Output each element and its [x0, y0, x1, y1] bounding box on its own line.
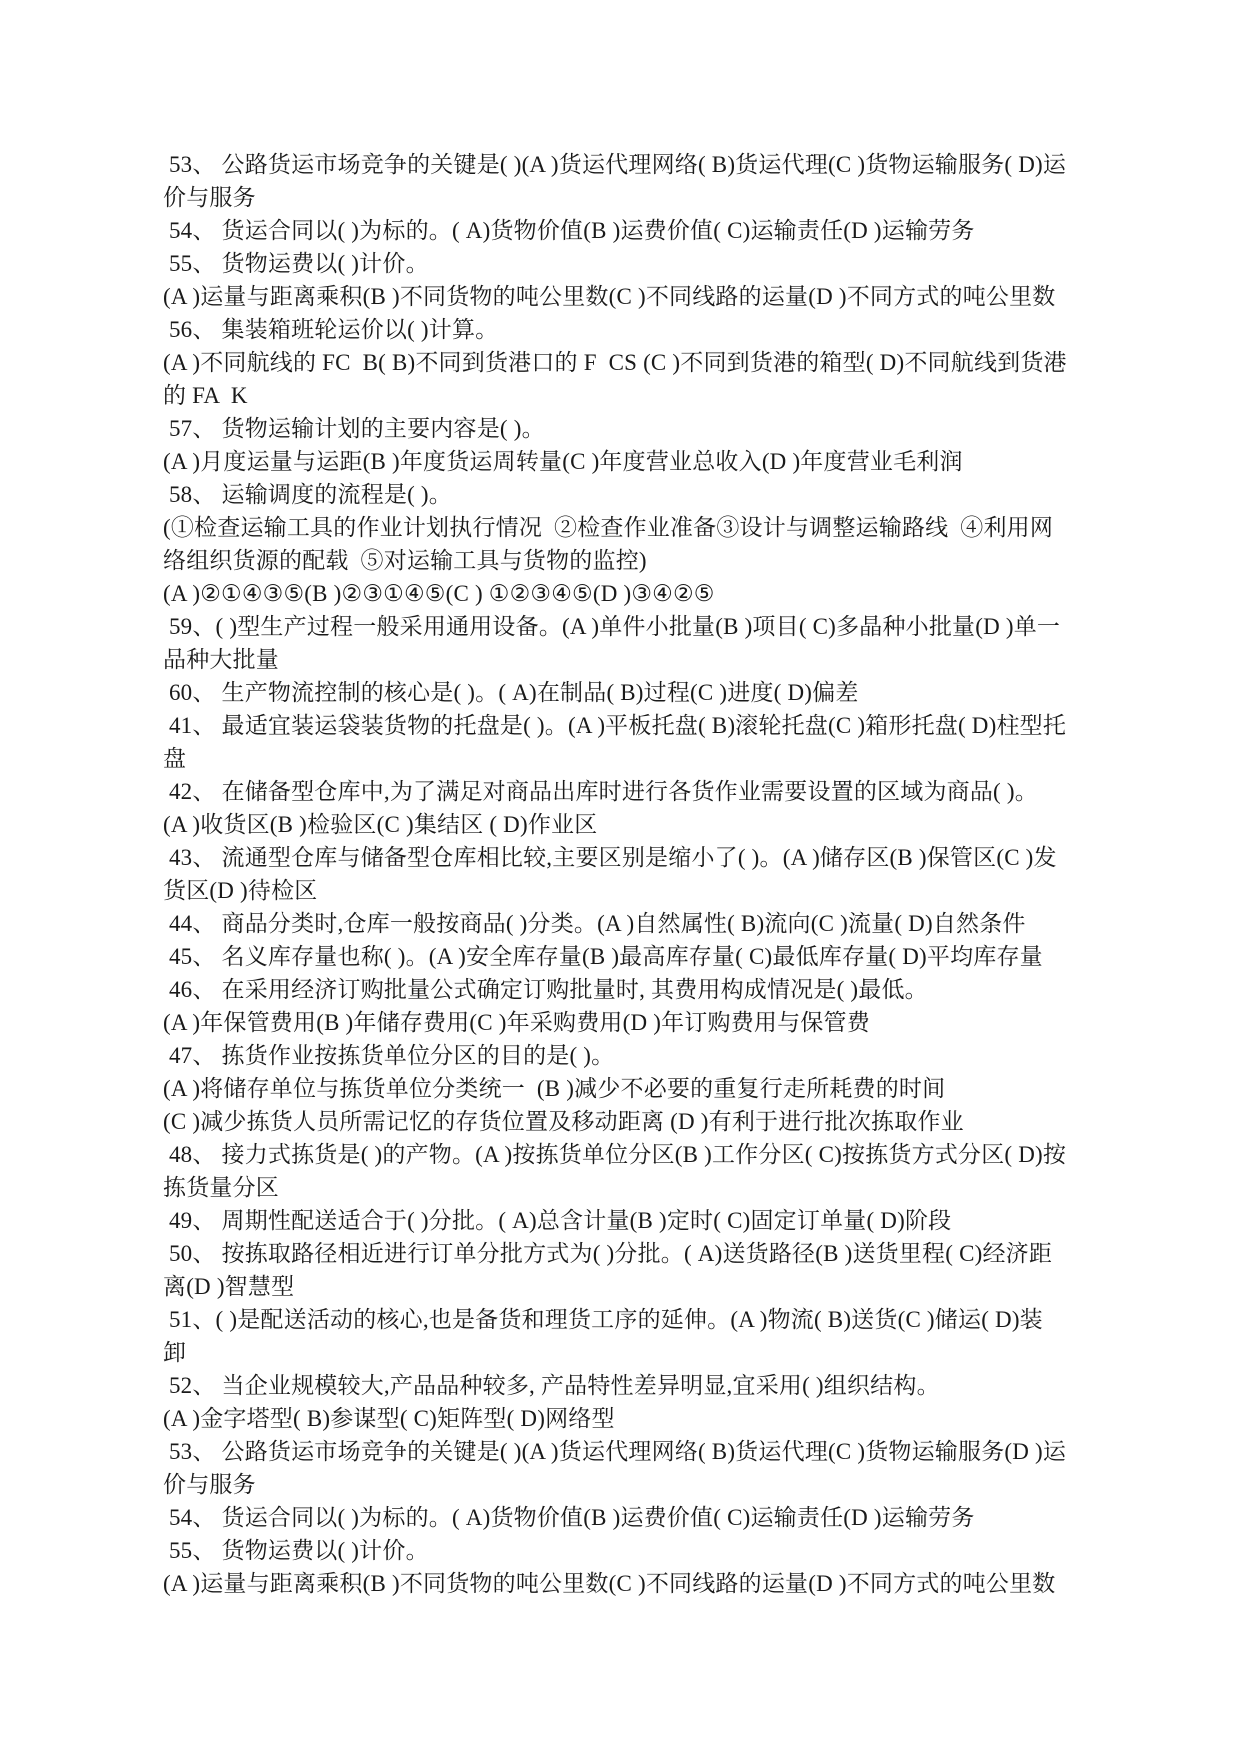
text-line: 58、 运输调度的流程是( )。 [163, 478, 1122, 511]
text-line: 44、 商品分类时,仓库一般按商品( )分类。(A )自然属性( B)流向(C … [163, 907, 1122, 940]
text-line: 50、 按拣取路径相近进行订单分批方式为( )分批。( A)送货路径(B )送货… [163, 1237, 1122, 1270]
text-line: 49、 周期性配送适合于( )分批。( A)总含计量(B )定时( C)固定订单… [163, 1204, 1122, 1237]
text-line: 盘 [163, 742, 1122, 775]
text-line: (A )月度运量与运距(B )年度货运周转量(C )年度营业总收入(D )年度营… [163, 445, 1122, 478]
text-line: (①检查运输工具的作业计划执行情况 ②检查作业准备③设计与调整运输路线 ④利用网 [163, 511, 1122, 544]
text-line: 56、 集装箱班轮运价以( )计算。 [163, 313, 1122, 346]
document-page: 53、 公路货运市场竞争的关键是( )(A )货运代理网络( B)货运代理(C … [0, 0, 1240, 1753]
text-line: (A )收货区(B )检验区(C )集结区 ( D)作业区 [163, 808, 1122, 841]
text-line: (A )不同航线的 FC B( B)不同到货港口的 F CS (C )不同到货港… [163, 346, 1122, 379]
text-line: 卸 [163, 1336, 1122, 1369]
text-line: (A )金字塔型( B)参谋型( C)矩阵型( D)网络型 [163, 1402, 1122, 1435]
text-line: 41、 最适宜装运袋装货物的托盘是( )。(A )平板托盘( B)滚轮托盘(C … [163, 709, 1122, 742]
text-line: 45、 名义库存量也称( )。(A )安全库存量(B )最高库存量( C)最低库… [163, 940, 1122, 973]
text-line: 离(D )智慧型 [163, 1270, 1122, 1303]
text-line: 55、 货物运费以( )计价。 [163, 1534, 1122, 1567]
text-line: 53、 公路货运市场竞争的关键是( )(A )货运代理网络( B)货运代理(C … [163, 148, 1122, 181]
question-list: 53、 公路货运市场竞争的关键是( )(A )货运代理网络( B)货运代理(C … [163, 148, 1122, 1600]
text-line: 59、( )型生产过程一般采用通用设备。(A )单件小批量(B )项目( C)多… [163, 610, 1122, 643]
text-line: 46、 在采用经济订购批量公式确定订购批量时, 其费用构成情况是( )最低。 [163, 973, 1122, 1006]
text-line: 60、 生产物流控制的核心是( )。( A)在制品( B)过程(C )进度( D… [163, 676, 1122, 709]
text-line: 络组织货源的配载 ⑤对运输工具与货物的监控) [163, 544, 1122, 577]
text-line: 价与服务 [163, 1468, 1122, 1501]
text-line: 53、 公路货运市场竞争的关键是( )(A )货运代理网络( B)货运代理(C … [163, 1435, 1122, 1468]
text-line: 的 FA K [163, 379, 1122, 412]
text-line: (A )运量与距离乘积(B )不同货物的吨公里数(C )不同线路的运量(D )不… [163, 1567, 1122, 1600]
text-line: (A )将储存单位与拣货单位分类统一 (B )减少不必要的重复行走所耗费的时间 [163, 1072, 1122, 1105]
text-line: 54、 货运合同以( )为标的。( A)货物价值(B )运费价值( C)运输责任… [163, 214, 1122, 247]
text-line: 货区(D )待检区 [163, 874, 1122, 907]
text-line: 57、 货物运输计划的主要内容是( )。 [163, 412, 1122, 445]
text-line: (A )年保管费用(B )年储存费用(C )年采购费用(D )年订购费用与保管费 [163, 1006, 1122, 1039]
text-line: 55、 货物运费以( )计价。 [163, 247, 1122, 280]
text-line: 42、 在储备型仓库中,为了满足对商品出库时进行各货作业需要设置的区域为商品( … [163, 775, 1122, 808]
text-line: 48、 接力式拣货是( )的产物。(A )按拣货单位分区(B )工作分区( C)… [163, 1138, 1122, 1171]
text-line: 54、 货运合同以( )为标的。( A)货物价值(B )运费价值( C)运输责任… [163, 1501, 1122, 1534]
text-line: (C )减少拣货人员所需记忆的存货位置及移动距离 (D )有利于进行批次拣取作业 [163, 1105, 1122, 1138]
text-line: 51、( )是配送活动的核心,也是备货和理货工序的延伸。(A )物流( B)送货… [163, 1303, 1122, 1336]
text-line: 拣货量分区 [163, 1171, 1122, 1204]
text-line: (A )②①④③⑤(B )②③①④⑤(C ) ①②③④⑤(D )③④②⑤ [163, 577, 1122, 610]
text-line: (A )运量与距离乘积(B )不同货物的吨公里数(C )不同线路的运量(D )不… [163, 280, 1122, 313]
text-line: 52、 当企业规模较大,产品品种较多, 产品特性差异明显,宜采用( )组织结构。 [163, 1369, 1122, 1402]
text-line: 43、 流通型仓库与储备型仓库相比较,主要区别是缩小了( )。(A )储存区(B… [163, 841, 1122, 874]
text-line: 47、 拣货作业按拣货单位分区的目的是( )。 [163, 1039, 1122, 1072]
text-line: 品种大批量 [163, 643, 1122, 676]
text-line: 价与服务 [163, 181, 1122, 214]
